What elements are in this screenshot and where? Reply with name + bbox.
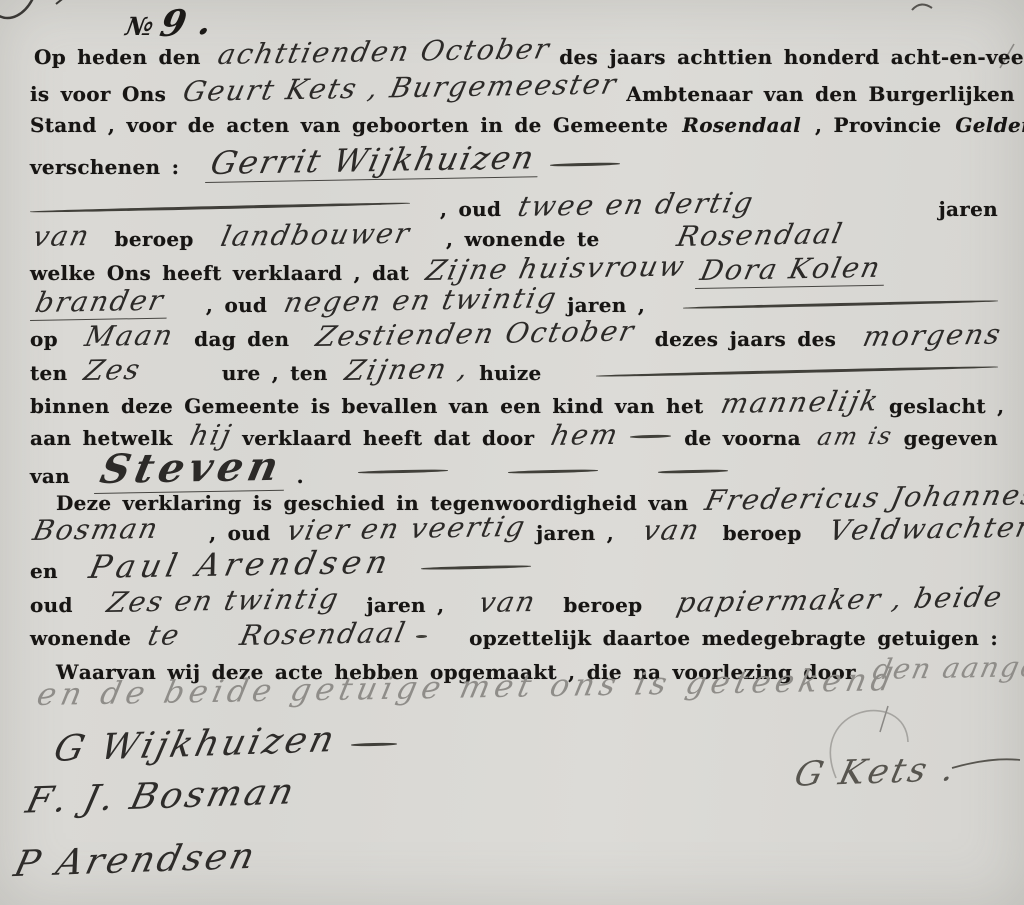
pen-flourish xyxy=(421,565,531,570)
handwritten-residence: Rosendaal xyxy=(237,618,409,652)
handwritten-mother-surname: brander xyxy=(30,286,173,321)
printed-text: , Provincie xyxy=(815,113,941,137)
printed-text: jaren , xyxy=(567,293,645,317)
line-opening-date: Op heden den achttienden October des jaa… xyxy=(34,40,998,71)
line-registrar: is voor Ons Geurt Kets , Burgemeester Am… xyxy=(30,77,998,108)
printed-text: dezes jaars des xyxy=(655,327,836,351)
handwritten-witness2-name: Paul Arendsen xyxy=(86,545,396,585)
handwritten-birth-date: Zestienden October xyxy=(313,316,638,352)
printed-text: Stand , voor de acten van geboorten in d… xyxy=(30,113,668,137)
printed-text: huize xyxy=(479,361,541,385)
handwritten-text: Zijnen , xyxy=(342,354,473,387)
printed-text: verschenen : xyxy=(30,155,179,179)
line-declarant: verschenen : Gerrit Wijkhuizen xyxy=(30,146,998,183)
line-birth-day: op Maan dag den Zestienden October dezes… xyxy=(30,322,998,353)
printed-text: Op heden den xyxy=(34,45,201,69)
handwritten-mother-name: Dora Kolen xyxy=(695,253,890,289)
printed-text: dag den xyxy=(194,327,289,351)
handwritten-age: vier en veertig xyxy=(284,512,529,547)
printed-text: , oud xyxy=(209,521,270,545)
printed-provincie-name: Gelderland xyxy=(955,113,1024,137)
line-gemeente-provincie: Stand , voor de acten van geboorten in d… xyxy=(30,113,998,137)
printed-text: de voorna xyxy=(684,426,801,450)
printed-text: . xyxy=(297,464,304,488)
pen-flourish xyxy=(683,300,998,310)
signature-registrar: G Kets . xyxy=(796,752,956,792)
pen-flourish xyxy=(596,366,998,378)
printed-gemeente-name: Rosendaal xyxy=(682,113,801,137)
printed-text: beroep xyxy=(723,521,802,545)
handwritten-registrar-name: Geurt Kets , Burgemeester xyxy=(180,69,620,107)
handwritten-occupation: papiermaker , beide xyxy=(674,582,1006,618)
act-number: № 9 . xyxy=(126,2,211,44)
line-birth-hour: ten Zes ure , ten Zijnen , huize xyxy=(30,356,998,387)
printed-text: geslacht , xyxy=(889,394,1004,418)
printed-text: is voor Ons xyxy=(30,82,166,106)
line-occupation-residence: van beroep landbouwer , wonende te Rosen… xyxy=(30,222,998,253)
line-declarant-age: , oud twee en dertig jaren xyxy=(30,192,998,223)
printed-text: , oud xyxy=(206,293,267,317)
signature-declarant: G Wijkhuizen xyxy=(56,724,397,765)
handwritten-overwrite: am is xyxy=(815,423,896,451)
printed-text: op xyxy=(30,327,58,351)
line-witness1: Bosman , oud vier en veertig jaren , van… xyxy=(30,516,998,547)
printed-text: , oud xyxy=(440,197,501,221)
printed-text: en xyxy=(30,559,58,583)
printed-text: gegeven xyxy=(904,426,998,450)
handwritten-daypart: morgens xyxy=(860,320,1005,353)
printed-text: beroep xyxy=(115,227,194,251)
printed-text: beroep xyxy=(563,593,642,617)
line-witness2-details: oud Zes en twintig jaren , van beroep pa… xyxy=(30,588,998,619)
printed-text: opzettelijk daartoe medegebragte getuige… xyxy=(469,626,998,650)
signature-witness1: F. J. Bosman xyxy=(28,776,295,817)
printed-text: welke Ons heeft verklaard , dat xyxy=(30,261,409,285)
pen-flourish xyxy=(630,435,671,438)
printed-text: oud xyxy=(30,593,73,617)
printed-text: , wonende te xyxy=(446,227,600,251)
pen-flourish xyxy=(30,202,410,213)
document-scan: № 9 . Op heden den achttienden October d… xyxy=(0,0,1024,905)
line-witnesses-residence: wonende te Rosendaal opzettelijk daartoe… xyxy=(30,621,998,652)
printed-text: ure , ten xyxy=(222,361,328,385)
handwritten-sex: mannelijk xyxy=(718,386,883,420)
pen-flourish xyxy=(416,635,427,638)
line-child-sex: binnen deze Gemeente is bevallen van een… xyxy=(30,389,998,420)
handwritten-date: achttienden October xyxy=(215,34,553,71)
pen-flourish xyxy=(358,469,448,474)
printed-text: Ambtenaar van den Burgerlijken xyxy=(626,82,1015,106)
printed-text: binnen deze Gemeente is bevallen van een… xyxy=(30,394,704,418)
pen-flourish xyxy=(351,743,397,747)
pen-flourish xyxy=(550,163,620,167)
handwritten-word: te xyxy=(145,620,184,651)
handwritten-weekday: Maan xyxy=(82,320,177,352)
printed-text: des jaars achttien honderd acht-en-veert… xyxy=(559,45,1024,69)
printed-text: jaren , xyxy=(536,521,614,545)
handwritten-word: van xyxy=(640,515,703,547)
printed-text: van xyxy=(30,464,70,488)
line-closing-handwritten: en de beide getuige met ons is geteekend xyxy=(34,678,998,712)
handwritten-age: twee en dertig xyxy=(515,188,757,223)
handwritten-occupation: Veldwachter xyxy=(826,512,1024,546)
signature-witness2: P Arendsen xyxy=(16,840,255,881)
handwritten-residence: Rosendaal xyxy=(674,219,846,253)
handwritten-hour: Zes xyxy=(81,355,144,387)
printed-text: jaren , xyxy=(366,593,444,617)
handwritten-word: van xyxy=(30,221,93,253)
handwritten-occupation: landbouwer xyxy=(218,219,414,253)
act-number-label: № xyxy=(123,12,155,41)
handwritten-age: negen en twintig xyxy=(281,283,561,319)
handwritten-age: Zes en twintig xyxy=(104,584,343,619)
handwritten-word: van xyxy=(476,587,539,619)
printed-text: jaren xyxy=(939,197,999,221)
handwritten-declarant-name: Gerrit Wijkhuizen xyxy=(205,140,545,183)
printed-text: wonende xyxy=(30,626,131,650)
act-number-value: 9 . xyxy=(157,1,216,46)
line-witness2: en Paul Arendsen xyxy=(30,550,998,585)
handwritten-word: hem xyxy=(548,420,622,452)
pen-flourish xyxy=(658,469,728,473)
printed-text: ten xyxy=(30,361,67,385)
pen-flourish xyxy=(508,469,598,474)
handwritten-witness1-surname: Bosman xyxy=(30,514,162,547)
